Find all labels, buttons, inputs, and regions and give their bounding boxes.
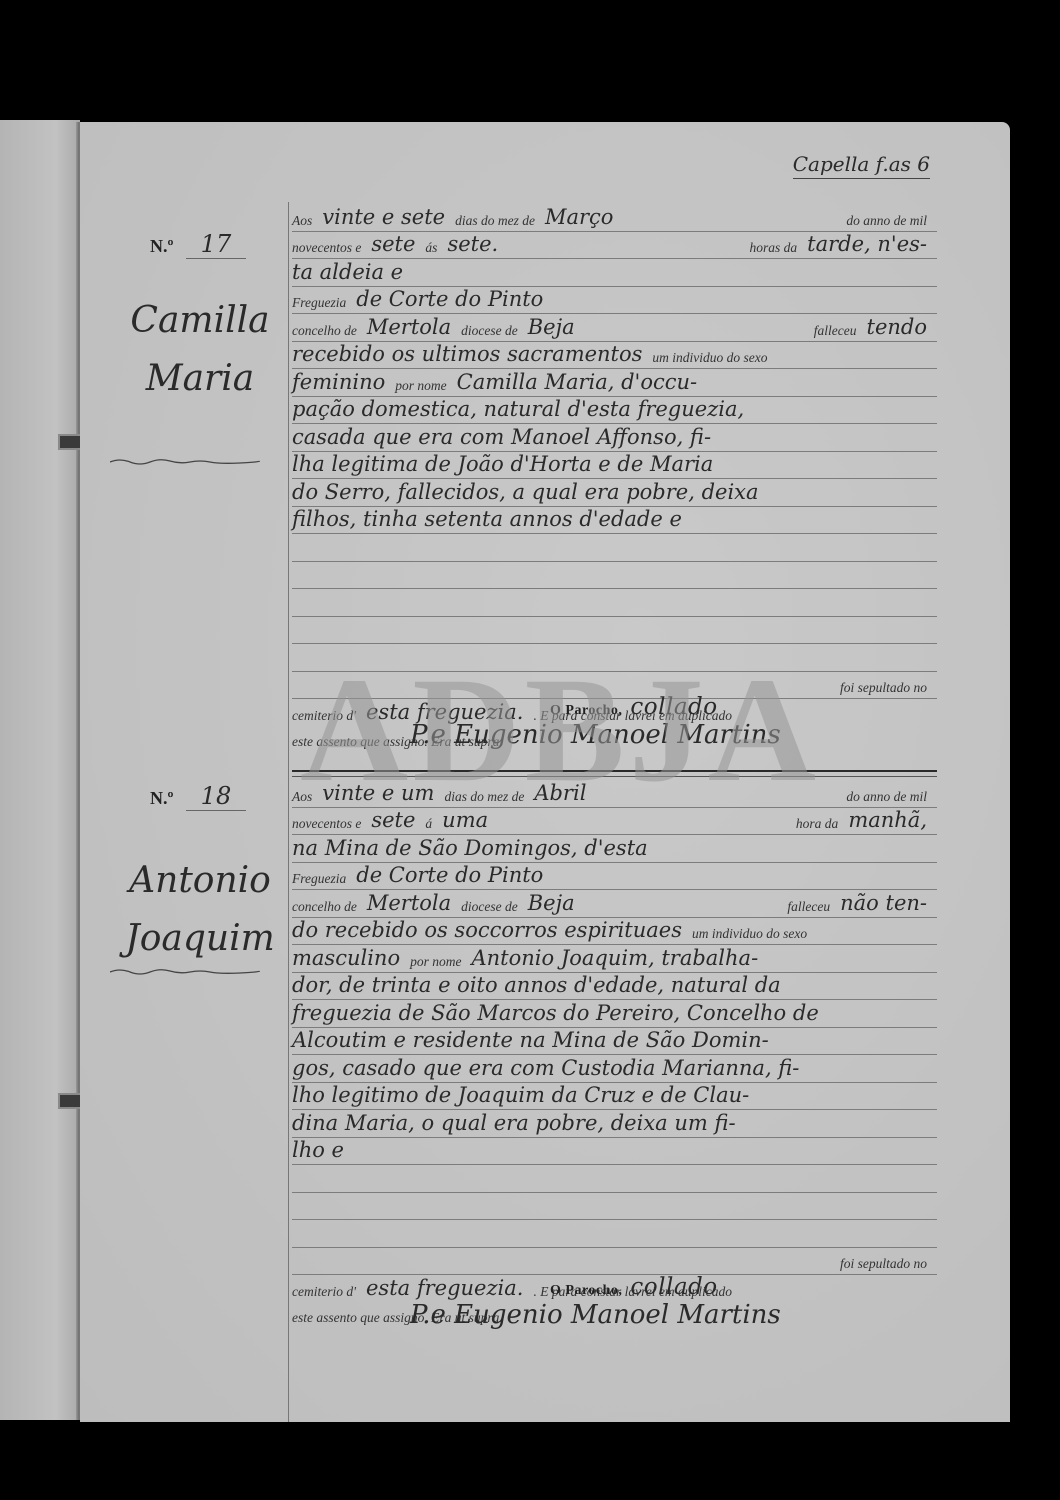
handwritten-text: não ten- — [840, 891, 927, 917]
ruled-line: dor, de trinta e oito annos d'edade, nat… — [292, 973, 937, 1001]
ruled-line: Fregueziade Corte do Pinto — [292, 287, 937, 315]
handwritten-text: masculino — [292, 946, 400, 972]
printed-text: cemiterio d' — [292, 1284, 356, 1302]
printed-text: do anno de mil — [846, 213, 927, 231]
ruled-line — [292, 562, 937, 590]
ruled-line: lho e — [292, 1138, 937, 1166]
margin-squiggle — [110, 456, 260, 466]
ruled-line: do recebido os soccorros espirituaesum i… — [292, 918, 937, 946]
ruled-line: Fregueziade Corte do Pinto — [292, 863, 937, 891]
ruled-line: novecentos eseteáumahora damanhã, — [292, 808, 937, 836]
printed-text: por nome — [410, 954, 461, 972]
ruled-line: gos, casado que era com Custodia Mariann… — [292, 1055, 937, 1083]
printed-text: falleceu — [814, 323, 857, 341]
entry-17-text: Aosvinte e setedias do mez deMarçodo ann… — [292, 204, 937, 752]
handwritten-text: recebido os ultimos sacramentos — [292, 342, 642, 368]
printed-text: Aos — [292, 213, 312, 231]
printed-text: novecentos e — [292, 816, 361, 834]
priest-signature: P.e Eugenio Manoel Martins — [410, 1300, 781, 1330]
margin-rule — [288, 202, 289, 1422]
handwritten-text: ta aldeia e — [292, 260, 403, 286]
ruled-line: do Serro, fallecidos, a qual era pobre, … — [292, 479, 937, 507]
ruled-line: ta aldeia e — [292, 259, 937, 287]
handwritten-text: dina Maria, o qual era pobre, deixa um f… — [292, 1111, 736, 1137]
handwritten-text: lha legitima de João d'Horta e de Maria — [292, 452, 713, 478]
handwritten-text: Beja — [528, 315, 575, 341]
ruled-line: Aosvinte e umdias do mez deAbrildo anno … — [292, 780, 937, 808]
handwritten-text: Antonio Joaquim, trabalha- — [471, 946, 758, 972]
handwritten-text: Abril — [534, 781, 586, 807]
ruled-line: Alcoutim e residente na Mina de São Domi… — [292, 1028, 937, 1056]
margin-squiggle — [110, 966, 260, 976]
ruled-line: novecentos eseteássete.horas datarde, n'… — [292, 232, 937, 260]
printed-text: por nome — [395, 378, 446, 396]
printed-text: cemiterio d' — [292, 708, 356, 726]
printed-text: horas da — [750, 240, 798, 258]
register-page: Capella f.as 6 N.º 17 Camilla Maria Aosv… — [80, 122, 1010, 1422]
handwritten-text: casada que era com Manoel Affonso, fi- — [292, 425, 711, 451]
entry-number-value: 18 — [186, 782, 246, 811]
ruled-line: concelho deMertoladiocese deBejafalleceu… — [292, 890, 937, 918]
printed-text: falleceu — [787, 899, 830, 917]
ruled-line: freguezia de São Marcos do Pereiro, Conc… — [292, 1000, 937, 1028]
handwritten-text: vinte e sete — [322, 205, 445, 231]
handwritten-text: manhã, — [848, 808, 927, 834]
ruled-line: Aosvinte e setedias do mez deMarçodo ann… — [292, 204, 937, 232]
printed-text: foi sepultado no — [840, 1256, 927, 1274]
ruled-line: casada que era com Manoel Affonso, fi- — [292, 424, 937, 452]
ruled-line — [292, 1165, 937, 1193]
signature-title: O Parocho,collado — [550, 1274, 718, 1300]
ruled-line: dina Maria, o qual era pobre, deixa um f… — [292, 1110, 937, 1138]
printed-text: hora da — [796, 816, 838, 834]
printed-text: diocese de — [461, 323, 518, 341]
handwritten-text: na Mina de São Domingos, d'esta — [292, 836, 648, 862]
handwritten-text: Mertola — [367, 315, 451, 341]
handwritten-text: de Corte do Pinto — [356, 287, 543, 313]
signature-title: O Parocho,collado — [550, 694, 718, 720]
ruled-line: recebido os ultimos sacramentosum indivi… — [292, 342, 937, 370]
entry-18-text: Aosvinte e umdias do mez deAbrildo anno … — [292, 780, 937, 1328]
handwritten-text: Mertola — [367, 891, 451, 917]
entry-number: N.º 18 — [150, 782, 246, 811]
handwritten-text: Beja — [528, 891, 575, 917]
printed-text: foi sepultado no — [840, 680, 927, 698]
handwritten-text: do recebido os soccorros espirituaes — [292, 918, 682, 944]
ruled-line: masculinopor nomeAntonio Joaquim, trabal… — [292, 945, 937, 973]
printed-text: concelho de — [292, 899, 357, 917]
ruled-line: femininopor nomeCamilla Maria, d'occu- — [292, 369, 937, 397]
handwritten-text: filhos, tinha setenta annos d'edade e — [292, 507, 682, 533]
printed-text: um individuo do sexo — [652, 350, 767, 368]
ruled-line — [292, 1193, 937, 1221]
handwritten-text: tarde, n'es- — [807, 232, 927, 258]
printed-text: Freguezia — [292, 295, 346, 313]
handwritten-text: freguezia de São Marcos do Pereiro, Conc… — [292, 1001, 819, 1027]
printed-text: do anno de mil — [846, 789, 927, 807]
ruled-line — [292, 617, 937, 645]
ruled-line — [292, 1220, 937, 1248]
ruled-line — [292, 644, 937, 672]
handwritten-text: sete — [371, 808, 415, 834]
handwritten-text: dor, de trinta e oito annos d'edade, nat… — [292, 973, 781, 999]
entry-separator — [292, 770, 937, 777]
handwritten-text: Alcoutim e residente na Mina de São Domi… — [292, 1028, 769, 1054]
ruled-line: lho legitimo de Joaquim da Cruz e de Cla… — [292, 1083, 937, 1111]
ruled-line — [292, 534, 937, 562]
priest-signature: P.e Eugenio Manoel Martins — [410, 720, 781, 750]
printed-text: dias do mez de — [444, 789, 524, 807]
ruled-line: foi sepultado no — [292, 1248, 937, 1276]
ruled-line: concelho deMertoladiocese deBejafalleceu… — [292, 314, 937, 342]
margin-deceased-name: Antonio Joaquim — [120, 852, 280, 968]
entry-number: N.º 17 — [150, 230, 246, 259]
handwritten-text: do Serro, fallecidos, a qual era pobre, … — [292, 480, 759, 506]
handwritten-text: Março — [545, 205, 613, 231]
handwritten-text: lho legitimo de Joaquim da Cruz e de Cla… — [292, 1083, 749, 1109]
handwritten-text: esta freguezia. — [366, 1276, 523, 1302]
printed-text: um individuo do sexo — [692, 926, 807, 944]
handwritten-text: uma — [442, 808, 488, 834]
ruled-line: lha legitima de João d'Horta e de Maria — [292, 452, 937, 480]
printed-text: á — [425, 816, 432, 834]
handwritten-text: vinte e um — [322, 781, 434, 807]
handwritten-text: feminino — [292, 370, 385, 396]
margin-deceased-name: Camilla Maria — [120, 292, 280, 408]
ruled-line — [292, 589, 937, 617]
ruled-line: filhos, tinha setenta annos d'edade e — [292, 507, 937, 535]
handwritten-text: de Corte do Pinto — [356, 863, 543, 889]
printed-text: concelho de — [292, 323, 357, 341]
handwritten-text: lho e — [292, 1138, 344, 1164]
handwritten-text: Camilla Maria, d'occu- — [457, 370, 698, 396]
ruled-line: pação domestica, natural d'esta freguezi… — [292, 397, 937, 425]
entry-number-value: 17 — [186, 230, 246, 259]
handwritten-text: sete. — [447, 232, 498, 258]
printed-text: diocese de — [461, 899, 518, 917]
printed-text: Freguezia — [292, 871, 346, 889]
corner-annotation: Capella f.as 6 — [793, 152, 930, 179]
handwritten-text: sete — [371, 232, 415, 258]
ruled-line: na Mina de São Domingos, d'esta — [292, 835, 937, 863]
previous-page-edge — [0, 120, 80, 1420]
handwritten-text: pação domestica, natural d'esta freguezi… — [292, 397, 744, 423]
printed-text: dias do mez de — [455, 213, 535, 231]
printed-text: novecentos e — [292, 240, 361, 258]
handwritten-text: tendo — [867, 315, 927, 341]
printed-text: ás — [425, 240, 437, 258]
printed-text: Aos — [292, 789, 312, 807]
handwritten-text: gos, casado que era com Custodia Mariann… — [292, 1056, 799, 1082]
